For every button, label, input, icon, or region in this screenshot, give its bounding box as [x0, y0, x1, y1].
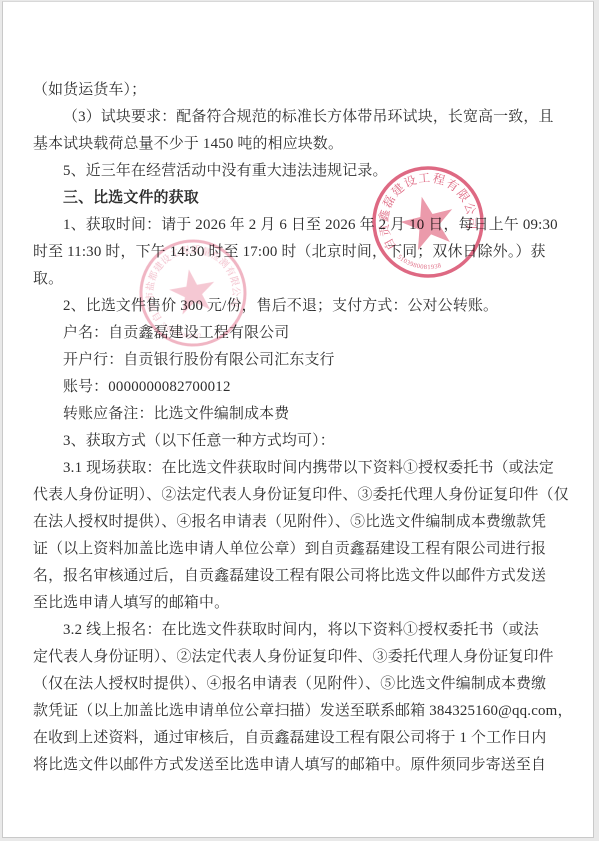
text-line: 款凭证（以上加盖比选申请单位公章扫描）发送至联系邮箱 384325160@qq.…: [33, 698, 563, 725]
star-icon: [396, 190, 460, 252]
text-line: 3.1 现场获取：在比选文件获取时间内携带以下资料①授权委托书（或法定: [33, 455, 563, 482]
text-line: 转账应备注：比选文件编制成本费: [33, 401, 563, 428]
text-line: 代表人身份证明）、②法定代表人身份证复印件、③委托代理人身份证复印件（仅: [33, 482, 563, 509]
text-line: 将比选文件以邮件方式发送至比选申请人填写的邮箱中。原件须同步寄送至自: [33, 752, 563, 779]
company-seal-secondary: 自贡市盐都建设工程质量检测有限公司 5103019003802: [126, 226, 260, 360]
text-line: 证（以上资料加盖比选申请人单位公章）到自贡鑫磊建设工程有限公司进行报: [33, 536, 563, 563]
seal-serial-number: 5103019003802: [159, 316, 202, 346]
text-line: 3、获取方式（以下任意一种方式均可）：: [33, 428, 563, 455]
star-icon: [166, 265, 218, 316]
text-line: （仅在法人授权时提供）、④报名申请表（见附件）、⑤比选文件编制成本费缴: [33, 671, 563, 698]
text-line: 取。: [33, 266, 563, 293]
text-line: 基本试块载荷总量不少于 1450 吨的相应块数。: [33, 131, 563, 158]
text-line: 5、近三年在经营活动中没有重大违法违规记录。: [33, 158, 563, 185]
text-line: 在收到上述资料，通过审核后，自贡鑫磊建设工程有限公司将于 1 个工作日内: [33, 725, 563, 752]
text-line: 2、比选文件售价 300 元/份，售后不退；支付方式：公对公转账。: [33, 293, 563, 320]
text-line: 3.2 线上报名：在比选文件获取时间内，将以下资料①授权委托书（或法: [33, 617, 563, 644]
text-line: 户名：自贡鑫磊建设工程有限公司: [33, 320, 563, 347]
text-block: （如货运货车）；（3）试块要求：配备符合规范的标准长方体带吊环试块，长宽高一致，…: [33, 77, 563, 779]
text-line: 开户行：自贡银行股份有限公司汇东支行: [33, 347, 563, 374]
text-line: 在法人授权时提供）、④报名申请表（见附件）、⑤比选文件编制成本费缴款凭: [33, 509, 563, 536]
text-line: 至比选申请人填写的邮箱中。: [33, 590, 563, 617]
text-line: （如货运货车）；: [33, 77, 563, 104]
text-line: 定代表人身份证明）、②法定代表人身份证复印件、③委托代理人身份证复印件: [33, 644, 563, 671]
document-page: （如货运货车）；（3）试块要求：配备符合规范的标准长方体带吊环试块，长宽高一致，…: [2, 1, 594, 838]
scan-background: （如货运货车）；（3）试块要求：配备符合规范的标准长方体带吊环试块，长宽高一致，…: [0, 0, 599, 841]
text-line: （3）试块要求：配备符合规范的标准长方体带吊环试块，长宽高一致，且: [33, 104, 563, 131]
text-line: 账号：0000000082700012: [33, 374, 563, 401]
text-line: 名，报名审核通过后，自贡鑫磊建设工程有限公司将比选文件以邮件方式发送: [33, 563, 563, 590]
